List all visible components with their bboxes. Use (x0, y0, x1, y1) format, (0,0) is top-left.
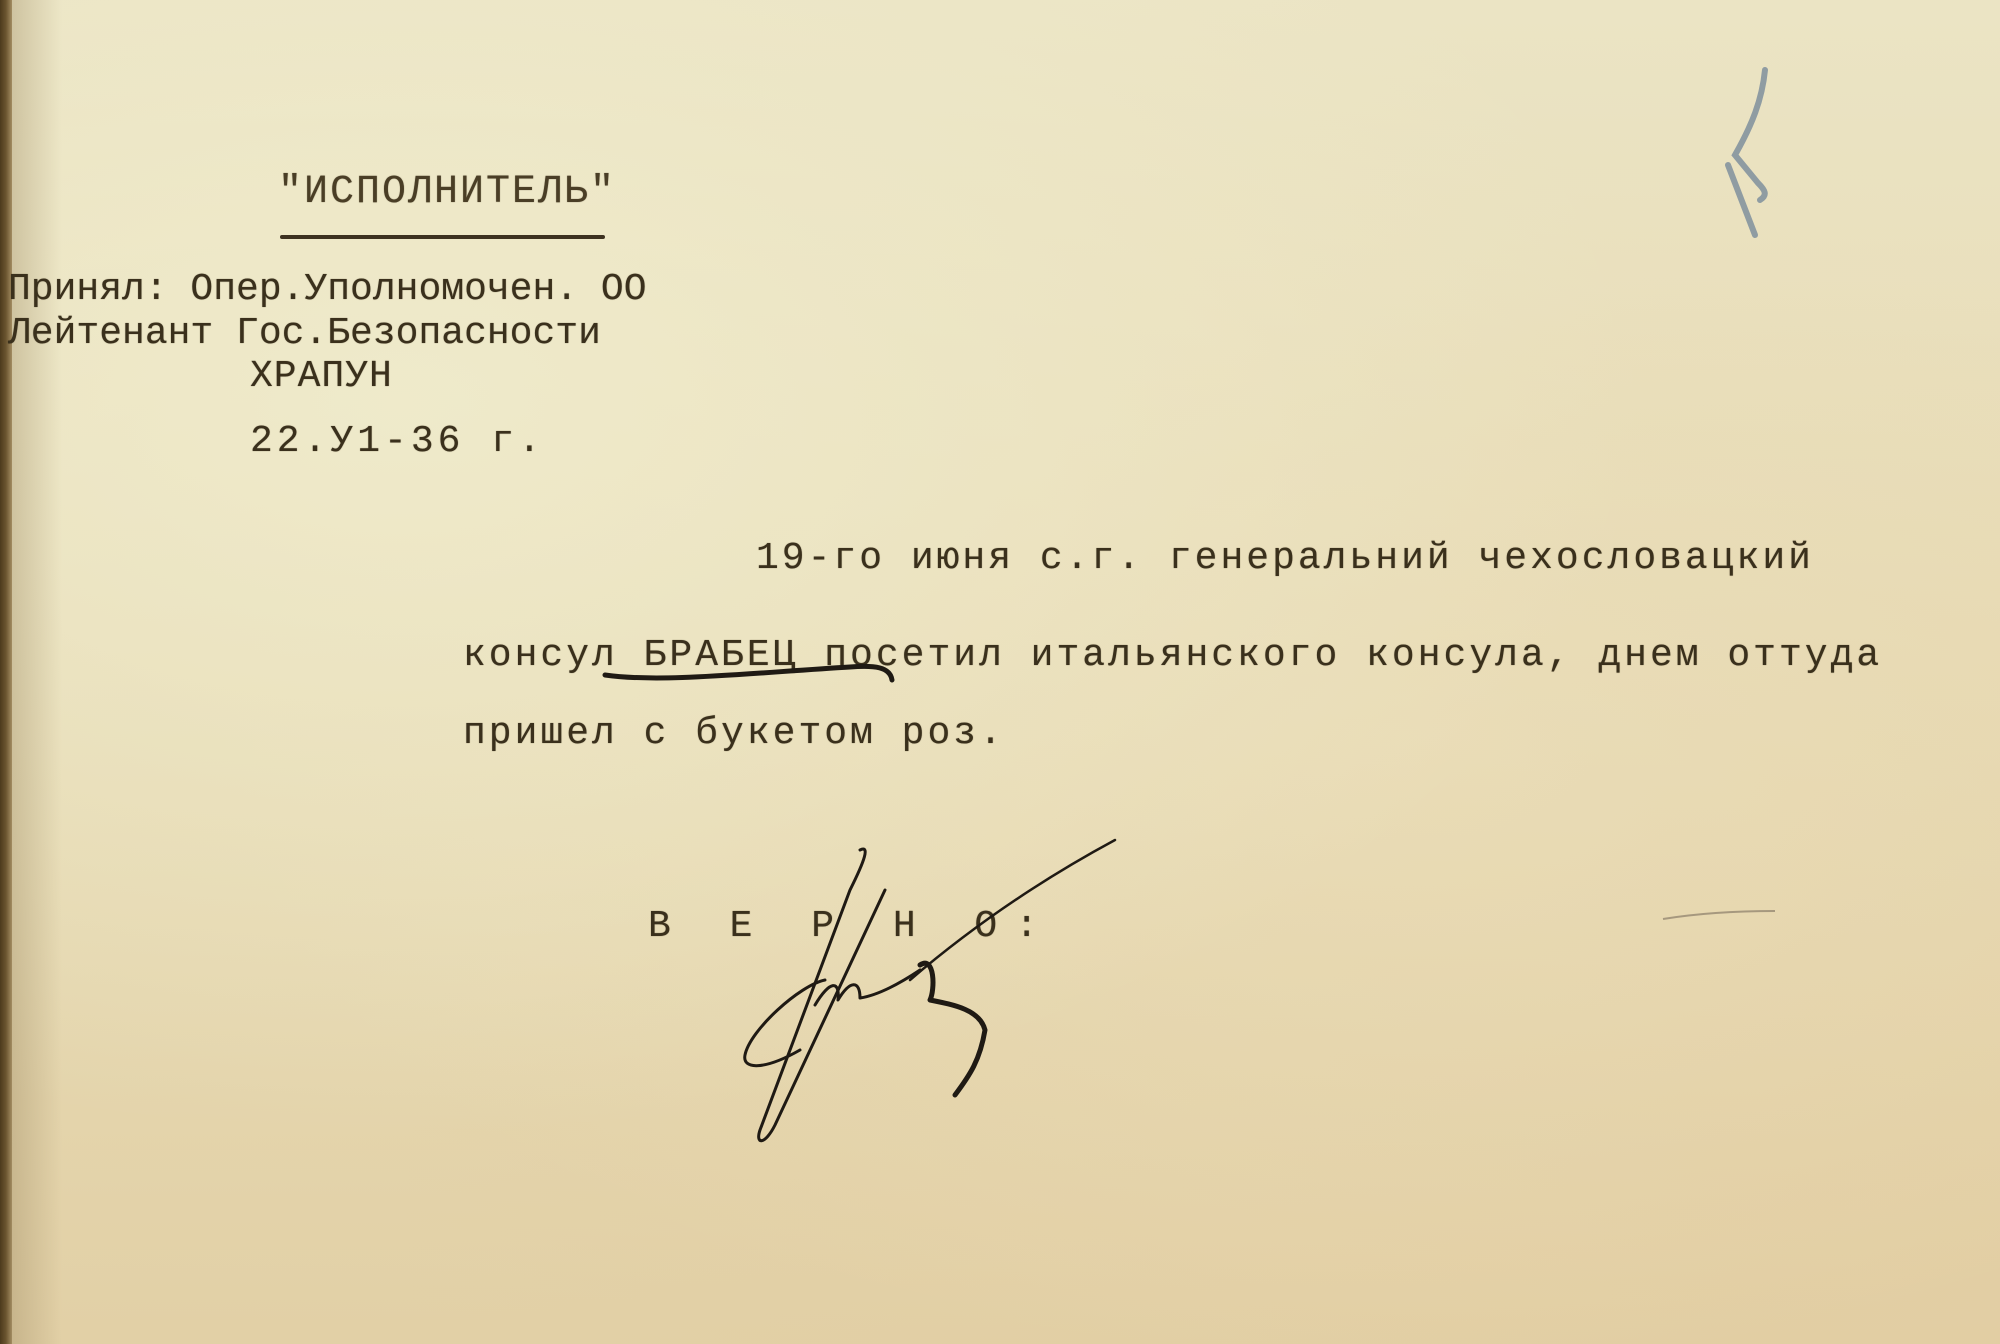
received-date: 22.У1-36 г. (250, 420, 545, 463)
body-line-3: пришел с букетом роз. (463, 712, 1005, 755)
binding-spine (0, 0, 12, 1344)
document-page: "ИСПОЛНИТЕЛЬ" Принял: Опер.Уполномочен. … (0, 0, 2000, 1344)
signature (720, 830, 1120, 1190)
paper-scratch-mark (1660, 905, 1780, 925)
binding-shadow (12, 0, 62, 1344)
officer-name: ХРАПУН (250, 355, 393, 398)
name-underline-mark (600, 655, 910, 695)
header-title: "ИСПОЛНИТЕЛЬ" (278, 170, 616, 215)
body-line-1: 19-го июня с.г. генеральний чехословацки… (756, 537, 1814, 580)
folio-number-pencil-mark (1690, 55, 1810, 245)
header-underline (280, 235, 605, 239)
rank-line: Лейтенант Гос.Безопасности (8, 312, 601, 355)
received-by-line: Принял: Опер.Уполномочен. ОО (8, 268, 647, 311)
